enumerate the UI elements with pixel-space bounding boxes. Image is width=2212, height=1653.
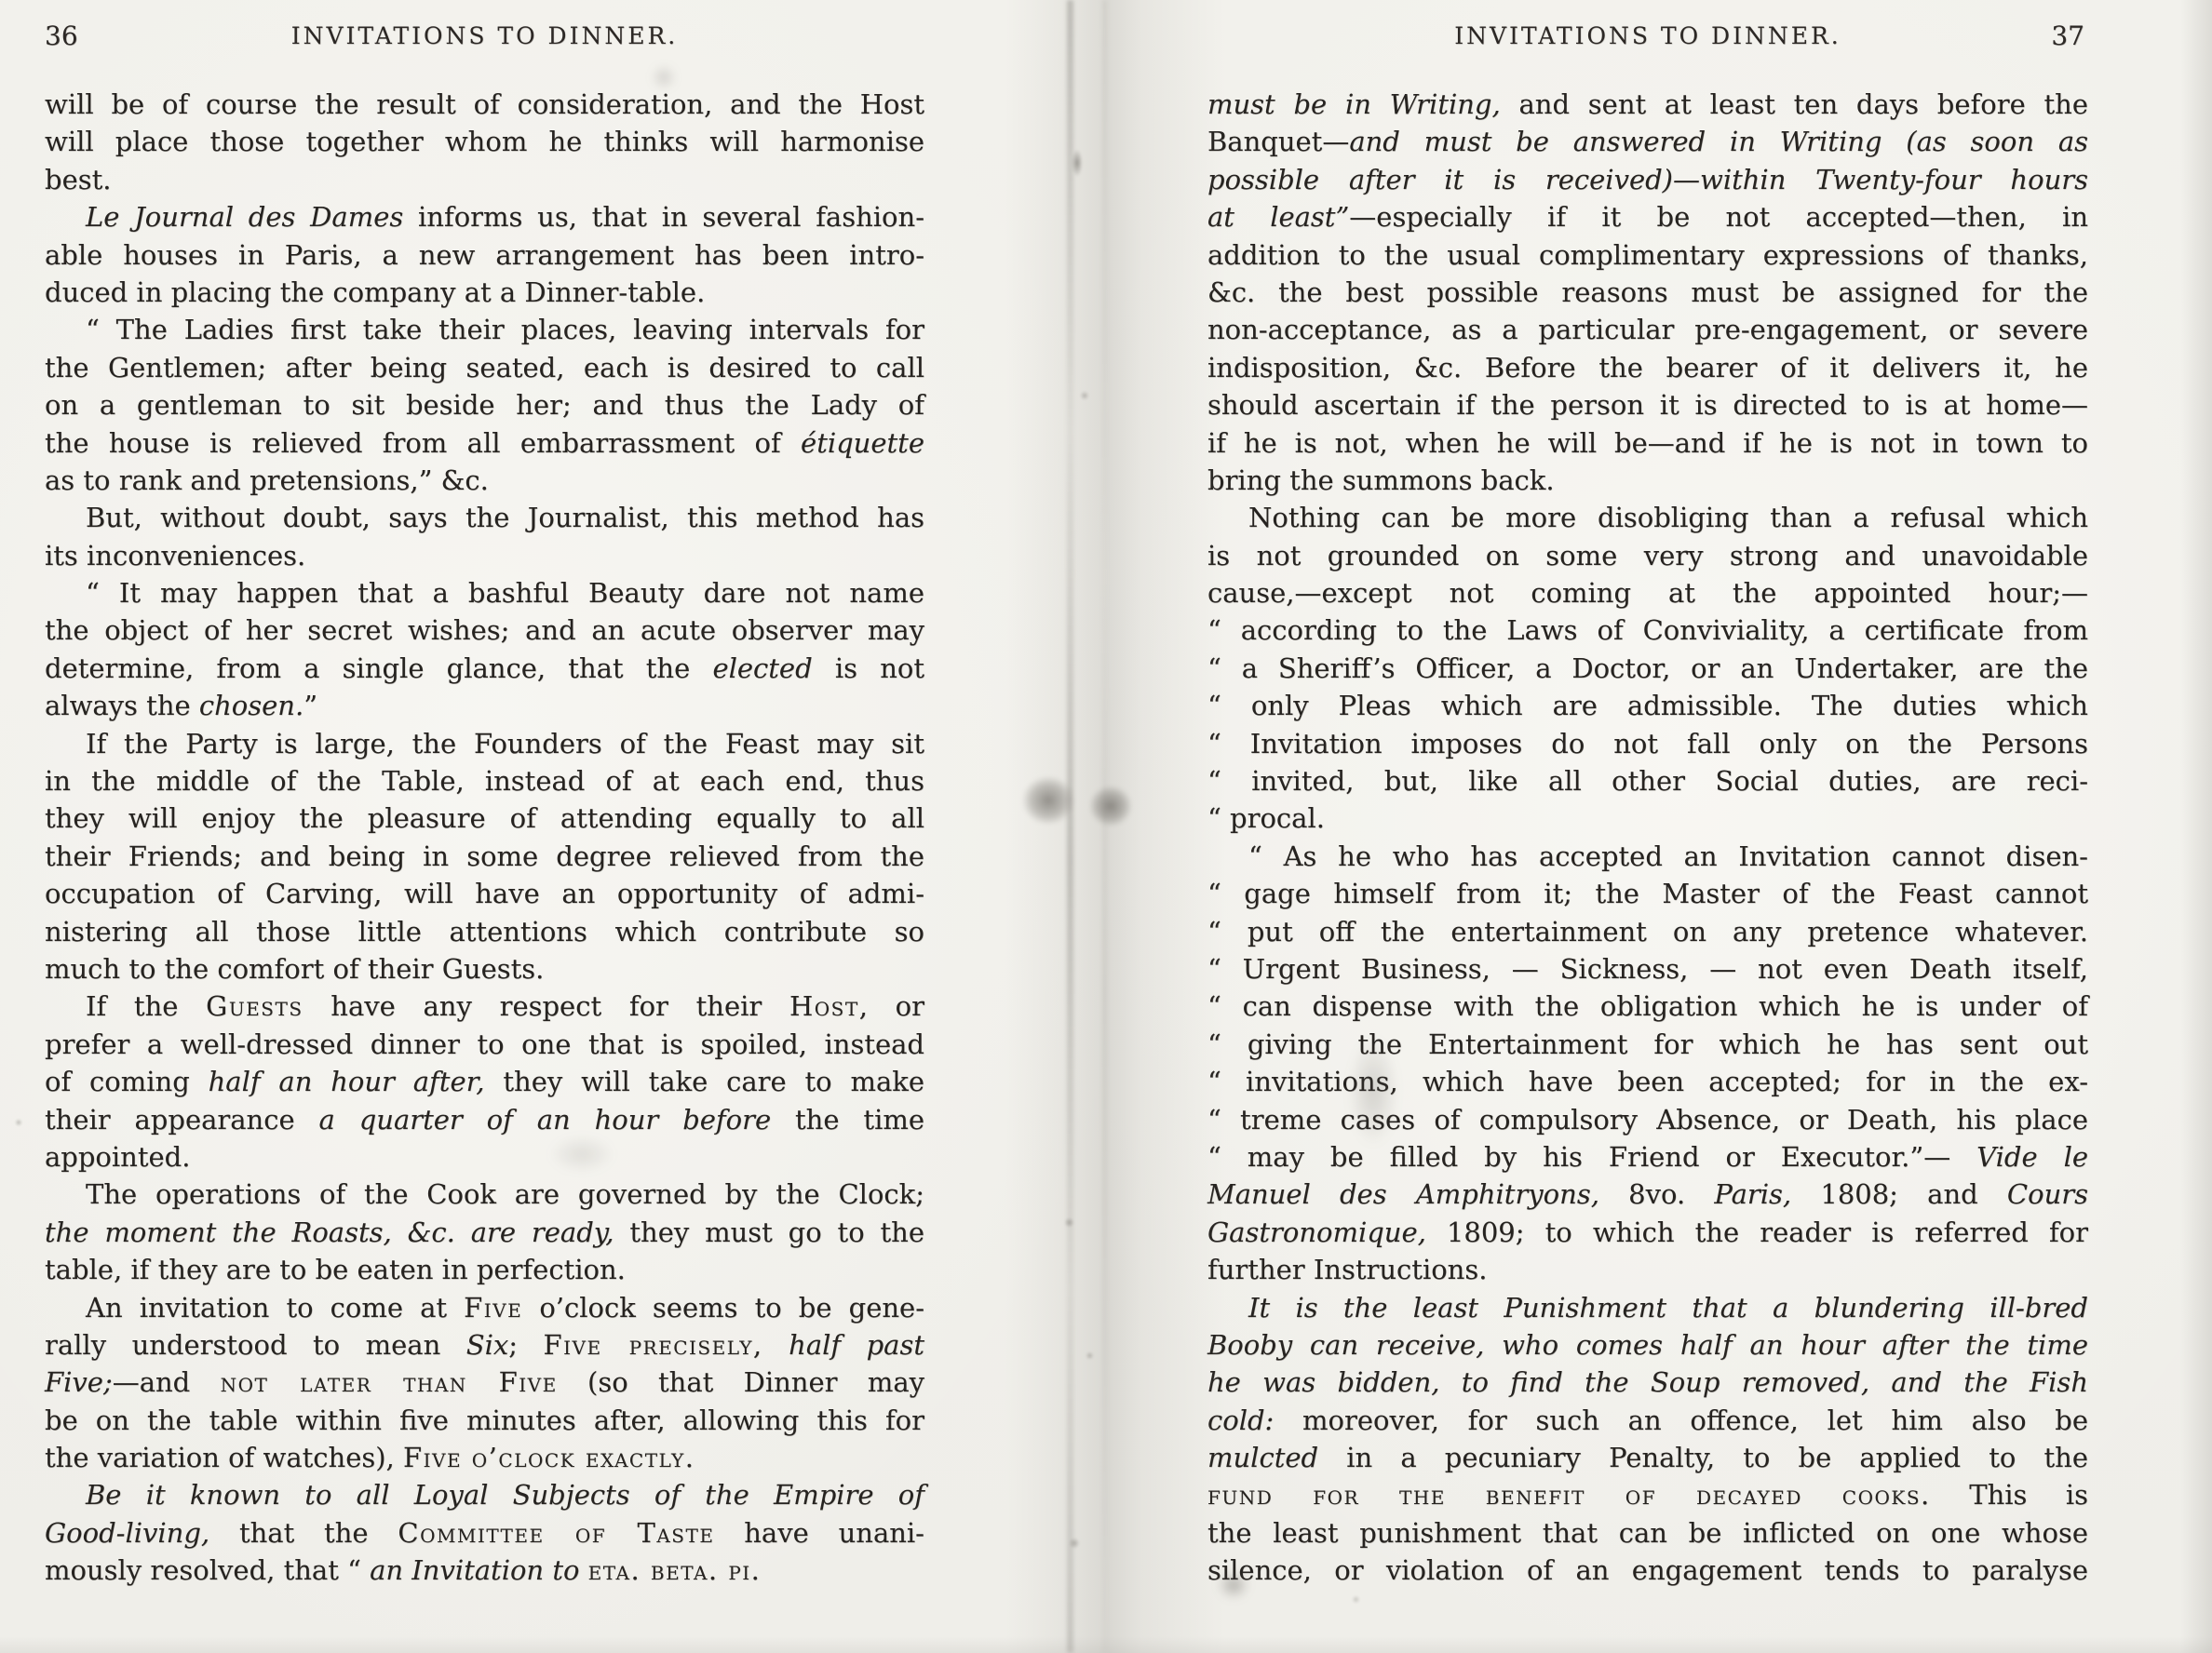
text-segment: appointed. xyxy=(45,1141,190,1173)
text-segment: Committee of Taste xyxy=(398,1517,714,1549)
text-segment: Be it known to all Loyal Subjects of the… xyxy=(86,1479,924,1511)
text-line: “ may be filled by his Friend or Executo… xyxy=(1207,1138,2088,1176)
scan-edge-shadow xyxy=(2180,0,2212,1653)
text-segment: in the middle of the Table, instead of a… xyxy=(45,765,924,797)
text-line: in the middle of the Table, instead of a… xyxy=(45,762,924,800)
text-segment: best. xyxy=(45,164,111,195)
text-segment: possible after it is received)—within Tw… xyxy=(1207,164,2088,195)
text-line: as to rank and pretensions,” &c. xyxy=(45,462,924,499)
text-segment: half an hour after, xyxy=(209,1066,485,1097)
text-line: he was bidden, to find the Soup removed,… xyxy=(1207,1364,2088,1401)
text-line: should ascertain if the person it is dir… xyxy=(1207,386,2088,423)
text-segment: silence, or violation of an engagement t… xyxy=(1207,1554,2088,1586)
text-line: Five;—and not later than Five (so that D… xyxy=(45,1364,924,1401)
text-segment: their Friends; and being in some degree … xyxy=(45,840,924,872)
page-text: must be in Writing, and sent at least te… xyxy=(1207,86,2088,1590)
text-line: will place those together whom he thinks… xyxy=(45,123,924,160)
text-segment: 8vo. xyxy=(1599,1178,1714,1210)
text-segment: duced in placing the company at a Dinner… xyxy=(45,276,705,308)
text-line: its inconveniences. xyxy=(45,537,924,574)
text-line: Be it known to all Loyal Subjects of the… xyxy=(45,1476,924,1513)
text-line: always the chosen.” xyxy=(45,687,924,724)
text-segment: “ a Sheriff’s Officer, a Doctor, or an U… xyxy=(1207,652,2088,684)
text-segment: 1809; to which the reader is referred fo… xyxy=(1426,1216,2088,1248)
text-segment: cause,—except not coming at the appointe… xyxy=(1207,577,2088,609)
text-line: Banquet—and must be answered in Writing … xyxy=(1207,123,2088,160)
text-line: the variation of watches), Five o’clock … xyxy=(45,1439,924,1476)
text-line: fund for the benefit of decayed cooks. T… xyxy=(1207,1476,2088,1513)
text-segment: they must go to the xyxy=(614,1216,925,1248)
text-segment: its inconveniences. xyxy=(45,540,305,571)
text-segment: “ only Pleas which are admissible. The d… xyxy=(1207,690,2088,721)
gutter-fold-line xyxy=(1067,0,1073,1653)
text-line: nistering all those little attentions wh… xyxy=(45,913,924,950)
text-segment: Vide le xyxy=(1976,1141,2088,1173)
text-segment: Five o’clock exactly. xyxy=(403,1442,695,1473)
text-segment: (so that Dinner may xyxy=(558,1366,924,1398)
text-segment: determine, from a single glance, that th… xyxy=(45,652,712,684)
text-segment: “ according to the Laws of Conviviality,… xyxy=(1207,614,2088,646)
text-segment: the time xyxy=(771,1104,924,1136)
text-segment: mously resolved, that “ xyxy=(45,1554,370,1586)
text-line: bring the summons back. xyxy=(1207,462,2088,499)
text-line: &c. the best possible reasons must be as… xyxy=(1207,274,2088,311)
text-segment: étiquette xyxy=(801,427,924,459)
text-segment: “ gage himself from it; the Master of th… xyxy=(1207,878,2088,909)
text-line: indisposition, &c. Before the bearer of … xyxy=(1207,349,2088,386)
text-segment: half past xyxy=(789,1329,924,1361)
text-segment: if he is not, when he will be—and if he … xyxy=(1207,427,2088,459)
text-line: prefer a well-dressed dinner to one that… xyxy=(45,1026,924,1063)
text-line: “ The Ladies first take their places, le… xyxy=(45,311,924,348)
text-line: the house is relieved from all embarrass… xyxy=(45,424,924,462)
text-segment: nistering all those little attentions wh… xyxy=(45,916,924,947)
text-line: non-acceptance, as a particular pre-enga… xyxy=(1207,311,2088,348)
text-segment: he was bidden, to find the Soup removed,… xyxy=(1207,1366,2088,1398)
text-segment: the Gentlemen; after being seated, each … xyxy=(45,352,924,383)
page-number: 37 xyxy=(2051,20,2084,51)
text-line: will be of course the result of consider… xyxy=(45,86,924,123)
text-segment: Five xyxy=(464,1292,522,1324)
text-segment: have any respect for their xyxy=(303,990,789,1022)
text-line: at least”—especially if it be not accept… xyxy=(1207,198,2088,235)
text-segment: cold: xyxy=(1207,1404,1274,1436)
scan-speck xyxy=(1080,391,1089,400)
text-segment: “ The Ladies first take their places, le… xyxy=(86,314,924,345)
text-line: the object of her secret wishes; and an … xyxy=(45,611,924,649)
text-line: cold: moreover, for such an offence, let… xyxy=(1207,1402,2088,1439)
text-segment: Host xyxy=(789,990,859,1022)
text-segment: If the xyxy=(86,990,206,1022)
running-head: INVITATIONS TO DINNER. xyxy=(45,22,924,49)
text-line: the moment the Roasts, &c. are ready, th… xyxy=(45,1214,924,1251)
text-segment: much to the comfort of their Guests. xyxy=(45,953,544,985)
text-segment: “ giving the Entertainment for which he … xyxy=(1207,1028,2088,1060)
scan-speck xyxy=(1064,1217,1074,1228)
text-segment: an Invitation to xyxy=(370,1554,579,1586)
text-segment: should ascertain if the person it is dir… xyxy=(1207,389,2088,421)
text-segment: “ invited, but, like all other Social du… xyxy=(1207,765,2088,797)
text-line: The operations of the Cook are governed … xyxy=(45,1176,924,1213)
text-line: “ according to the Laws of Conviviality,… xyxy=(1207,611,2088,649)
text-segment: Banquet— xyxy=(1207,126,1349,157)
text-segment: that the xyxy=(209,1517,398,1549)
scan-speck xyxy=(1072,149,1083,177)
text-line: appointed. xyxy=(45,1138,924,1176)
book-scan: 36 INVITATIONS TO DINNER. will be of cou… xyxy=(0,0,2212,1653)
text-segment: Cours xyxy=(2007,1178,2088,1210)
text-line: “ giving the Entertainment for which he … xyxy=(1207,1026,2088,1063)
page-left: 36 INVITATIONS TO DINNER. will be of cou… xyxy=(45,0,924,1653)
text-segment: “ procal. xyxy=(1207,802,1325,834)
text-line: “ treme cases of compulsory Absence, or … xyxy=(1207,1101,2088,1138)
text-line: much to the comfort of their Guests. xyxy=(45,950,924,988)
text-segment: &c. the best possible reasons must be as… xyxy=(1207,276,2088,308)
running-head: INVITATIONS TO DINNER. xyxy=(1207,22,2088,49)
text-segment: they will enjoy the pleasure of attendin… xyxy=(45,802,924,834)
text-segment: be on the table within five minutes afte… xyxy=(45,1404,924,1436)
text-line: cause,—except not coming at the appointe… xyxy=(1207,574,2088,611)
text-segment: addition to the usual complimentary expr… xyxy=(1207,239,2088,271)
text-line: determine, from a single glance, that th… xyxy=(45,650,924,687)
scan-speck xyxy=(1086,1351,1094,1360)
text-line: Good-living, that the Committee of Taste… xyxy=(45,1514,924,1552)
gutter-fold-line xyxy=(1102,0,1107,1653)
text-segment: table, if they are to be eaten in perfec… xyxy=(45,1254,626,1285)
text-line: possible after it is received)—within Tw… xyxy=(1207,161,2088,198)
ink-blot xyxy=(1089,786,1132,826)
text-line: best. xyxy=(45,161,924,198)
text-segment: indisposition, &c. Before the bearer of … xyxy=(1207,352,2088,383)
text-segment: Good-living, xyxy=(45,1517,209,1549)
text-segment: Five precisely, xyxy=(544,1329,763,1361)
text-segment: “ It may happen that a bashful Beauty da… xyxy=(86,577,924,609)
text-segment: An invitation to come at xyxy=(86,1292,464,1324)
text-line: It is the least Punishment that a blunde… xyxy=(1207,1289,2088,1326)
text-segment: Booby can receive, who comes half an hou… xyxy=(1207,1329,2088,1361)
text-segment: and must be answered in Writing (as soon… xyxy=(1349,126,2088,157)
text-segment: occupation of Carving, will have an oppo… xyxy=(45,878,924,909)
text-line: duced in placing the company at a Dinner… xyxy=(45,274,924,311)
text-line: Nothing can be more disobliging than a r… xyxy=(1207,499,2088,536)
text-line: mously resolved, that “ an Invitation to… xyxy=(45,1552,924,1589)
text-line: “ Invitation imposes do not fall only on… xyxy=(1207,725,2088,762)
text-segment: as to rank and pretensions,” &c. xyxy=(45,464,489,496)
text-segment: o’clock seems to be gene- xyxy=(522,1292,924,1324)
text-line: they will enjoy the pleasure of attendin… xyxy=(45,800,924,837)
text-line: mulcted in a pecuniary Penalty, to be ap… xyxy=(1207,1439,2088,1476)
text-line: “ put off the entertainment on any prete… xyxy=(1207,913,2088,950)
text-line: must be in Writing, and sent at least te… xyxy=(1207,86,2088,123)
text-segment: and sent at least ten days before the xyxy=(1501,88,2088,120)
text-segment: eta. beta. pi. xyxy=(588,1554,762,1586)
page-right: INVITATIONS TO DINNER. 37 must be in Wri… xyxy=(1207,0,2088,1653)
text-segment: Le Journal des Dames xyxy=(86,201,403,233)
text-segment: prefer a well-dressed dinner to one that… xyxy=(45,1028,924,1060)
text-line: An invitation to come at Five o’clock se… xyxy=(45,1289,924,1326)
text-segment: at least” xyxy=(1207,201,1349,233)
text-segment: Guests xyxy=(206,990,303,1022)
text-line: Gastronomique, 1809; to which the reader… xyxy=(1207,1214,2088,1251)
text-segment: The operations of the Cook are governed … xyxy=(86,1178,924,1210)
text-segment: they will take care to make xyxy=(485,1066,924,1097)
text-line: the Gentlemen; after being seated, each … xyxy=(45,349,924,386)
text-segment: their appearance xyxy=(45,1104,319,1136)
text-segment: “ put off the entertainment on any prete… xyxy=(1207,916,2088,947)
text-segment: is not xyxy=(813,652,924,684)
text-line: “ It may happen that a bashful Beauty da… xyxy=(45,574,924,611)
text-segment: the variation of watches), xyxy=(45,1442,403,1473)
text-line: of coming half an hour after, they will … xyxy=(45,1063,924,1100)
text-line: further Instructions. xyxy=(1207,1251,2088,1288)
text-line: “ invitations, which have been accepted;… xyxy=(1207,1063,2088,1100)
text-segment: rally understood to mean xyxy=(45,1329,466,1361)
text-segment: chosen. xyxy=(199,690,303,721)
text-segment: in a pecuniary Penalty, to be applied to… xyxy=(1318,1442,2088,1473)
text-segment: —and xyxy=(113,1366,221,1398)
text-segment: further Instructions. xyxy=(1207,1254,1487,1285)
text-segment: Six xyxy=(466,1329,509,1361)
ink-blot xyxy=(1022,776,1074,825)
text-segment: “ treme cases of compulsory Absence, or … xyxy=(1207,1104,2088,1136)
text-segment: on a gentleman to sit beside her; and th… xyxy=(45,389,924,421)
text-line: “ As he who has accepted an Invitation c… xyxy=(1207,838,2088,875)
text-segment: —especially if it be not accepted—then, … xyxy=(1349,201,2088,233)
text-line: “ can dispense with the obligation which… xyxy=(1207,988,2088,1025)
text-segment: Paris, xyxy=(1714,1178,1791,1210)
text-segment: It is the least Punishment that a blunde… xyxy=(1248,1292,2088,1324)
page-header: 36 INVITATIONS TO DINNER. xyxy=(45,22,924,56)
text-line: if he is not, when he will be—and if he … xyxy=(1207,424,2088,462)
text-segment: the object of her secret wishes; and an … xyxy=(45,614,924,646)
text-segment: have unani- xyxy=(714,1517,924,1549)
text-segment: the house is relieved from all embarrass… xyxy=(45,427,801,459)
text-line: their Friends; and being in some degree … xyxy=(45,838,924,875)
text-segment: But, without doubt, says the Journalist,… xyxy=(86,502,924,533)
text-line: “ only Pleas which are admissible. The d… xyxy=(1207,687,2088,724)
text-segment: Nothing can be more disobliging than a r… xyxy=(1248,502,2088,533)
text-segment: not later than Five xyxy=(221,1366,558,1398)
text-segment: If the Party is large, the Founders of t… xyxy=(86,728,924,759)
page-number: 36 xyxy=(45,20,78,51)
text-segment: informs us, that in several fashion- xyxy=(403,201,924,233)
text-segment: “ Invitation imposes do not fall only on… xyxy=(1207,728,2088,759)
text-segment: ; xyxy=(508,1329,543,1361)
text-segment: a quarter of an hour before xyxy=(319,1104,772,1136)
text-segment: ” xyxy=(303,690,317,721)
scan-speck xyxy=(15,1119,22,1126)
text-segment: “ can dispense with the obligation which… xyxy=(1207,990,2088,1022)
text-segment xyxy=(763,1329,789,1361)
text-line: Manuel des Amphitryons, 8vo. Paris, 1808… xyxy=(1207,1176,2088,1213)
text-line: “ a Sheriff’s Officer, a Doctor, or an U… xyxy=(1207,650,2088,687)
text-line: is not grounded on some very strong and … xyxy=(1207,537,2088,574)
text-line: “ procal. xyxy=(1207,800,2088,837)
text-segment: This is xyxy=(1931,1479,2088,1511)
text-segment: Gastronomique, xyxy=(1207,1216,1426,1248)
page-header: INVITATIONS TO DINNER. 37 xyxy=(1207,22,2088,56)
text-segment: “ Urgent Business, — Sickness, — not eve… xyxy=(1207,953,2088,985)
text-line: occupation of Carving, will have an oppo… xyxy=(45,875,924,912)
text-line: Booby can receive, who comes half an hou… xyxy=(1207,1326,2088,1364)
text-segment: the moment the Roasts, &c. are ready, xyxy=(45,1216,614,1248)
text-segment: will place those together whom he thinks… xyxy=(45,126,924,157)
text-segment: “ invitations, which have been accepted;… xyxy=(1207,1066,2088,1097)
text-line: silence, or violation of an engagement t… xyxy=(1207,1552,2088,1589)
text-line: table, if they are to be eaten in perfec… xyxy=(45,1251,924,1288)
text-segment xyxy=(579,1554,587,1586)
text-line: their appearance a quarter of an hour be… xyxy=(45,1101,924,1138)
text-line: Le Journal des Dames informs us, that in… xyxy=(45,198,924,235)
text-segment: , or xyxy=(859,990,924,1022)
text-line: “ invited, but, like all other Social du… xyxy=(1207,762,2088,800)
text-line: But, without doubt, says the Journalist,… xyxy=(45,499,924,536)
page-gutter-shadow xyxy=(1005,0,1225,1653)
text-segment: always the xyxy=(45,690,199,721)
text-segment: 1808; and xyxy=(1791,1178,2007,1210)
text-segment: “ may be filled by his Friend or Executo… xyxy=(1207,1141,1976,1173)
text-segment: non-acceptance, as a particular pre-enga… xyxy=(1207,314,2088,345)
text-line: on a gentleman to sit beside her; and th… xyxy=(45,386,924,423)
text-segment: will be of course the result of consider… xyxy=(45,88,924,120)
text-segment: the least punishment that can be inflict… xyxy=(1207,1517,2088,1549)
text-segment: is not grounded on some very strong and … xyxy=(1207,540,2088,571)
text-line: “ Urgent Business, — Sickness, — not eve… xyxy=(1207,950,2088,988)
scan-speck xyxy=(1069,1538,1080,1549)
text-segment: Manuel des Amphitryons, xyxy=(1207,1178,1599,1210)
text-line: rally understood to mean Six; Five preci… xyxy=(45,1326,924,1364)
text-segment: moreover, for such an offence, let him a… xyxy=(1274,1404,2088,1436)
text-line: addition to the usual complimentary expr… xyxy=(1207,236,2088,274)
text-line: able houses in Paris, a new arrangement … xyxy=(45,236,924,274)
text-segment: bring the summons back. xyxy=(1207,464,1555,496)
text-line: “ gage himself from it; the Master of th… xyxy=(1207,875,2088,912)
text-line: If the Party is large, the Founders of t… xyxy=(45,725,924,762)
text-segment: “ As he who has accepted an Invitation c… xyxy=(1248,840,2088,872)
text-segment: of coming xyxy=(45,1066,209,1097)
text-line: If the Guests have any respect for their… xyxy=(45,988,924,1025)
text-segment: able houses in Paris, a new arrangement … xyxy=(45,239,924,271)
text-segment: must be in Writing, xyxy=(1207,88,1501,120)
text-segment: fund for the benefit of decayed cooks. xyxy=(1207,1479,1931,1511)
text-segment: Five; xyxy=(45,1366,113,1398)
text-line: the least punishment that can be inflict… xyxy=(1207,1514,2088,1552)
text-line: be on the table within five minutes afte… xyxy=(45,1402,924,1439)
page-text: will be of course the result of consider… xyxy=(45,86,924,1590)
text-segment: elected xyxy=(712,652,812,684)
text-segment: mulcted xyxy=(1207,1442,1318,1473)
